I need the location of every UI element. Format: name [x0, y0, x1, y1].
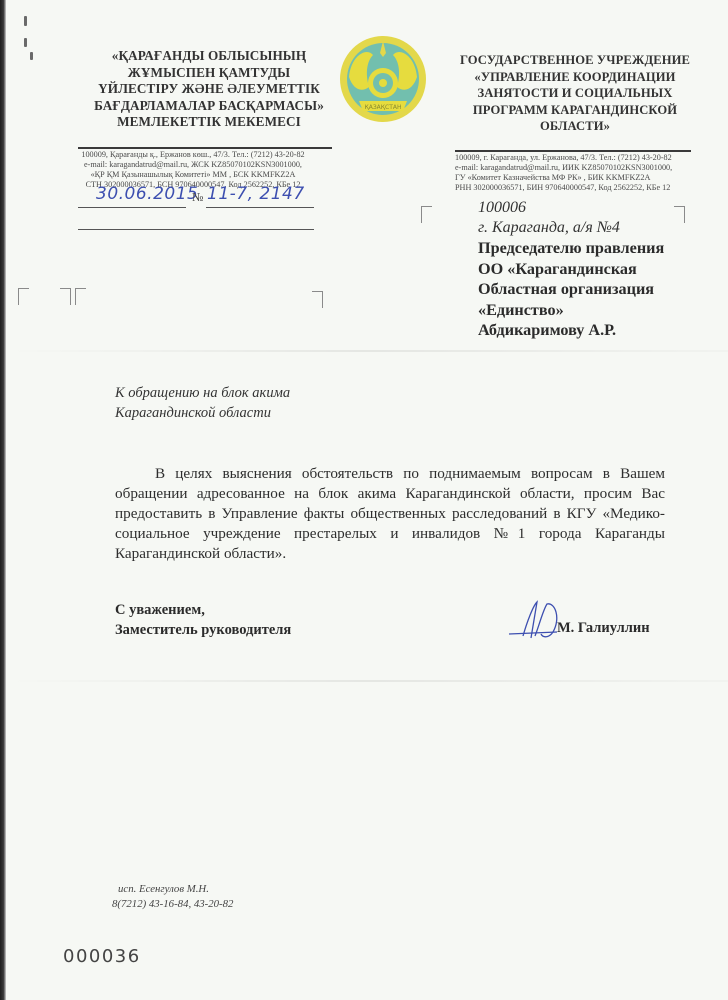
header-line: ЗАНЯТОСТИ И СОЦИАЛЬНЫХ: [455, 85, 695, 102]
header-line: ҮЙЛЕСТІРУ ЖӘНЕ ӘЛЕУМЕТТІК: [78, 81, 340, 98]
paper-fold-line: [6, 350, 728, 352]
paper-fold-line: [6, 680, 728, 682]
header-line: БАҒДАРЛАМАЛАР БАСҚАРМАСЫ»: [78, 98, 340, 115]
address-window-corner: [421, 206, 432, 223]
recipient-line: Областная организация: [478, 279, 718, 300]
binding-hole-mark: [30, 52, 33, 60]
binding-hole-mark: [24, 38, 27, 47]
header-line: ОБЛАСТИ»: [455, 118, 695, 135]
requisites-line: e-mail: karagandatrud@mail.ru, ИИК KZ850…: [455, 163, 681, 173]
requisites-line: ГУ «Комитет Казначейства МФ РК» , БИК KK…: [455, 173, 681, 183]
letterhead-russian-name: ГОСУДАРСТВЕННОЕ УЧРЕЖДЕНИЕ «УПРАВЛЕНИЕ К…: [455, 52, 695, 135]
letterhead-kazakh-name: «ҚАРАҒАНДЫ ОБЛЫСЫНЫҢ ЖҰМЫСПЕН ҚАМТУДЫ ҮЙ…: [78, 48, 340, 131]
number-underline: [206, 207, 314, 208]
recipient-postcode: 100006: [478, 198, 718, 218]
outgoing-date: 30.06.2015: [96, 184, 198, 204]
address-window-corner: [18, 288, 29, 305]
header-line: МЕМЛЕКЕТТІК МЕКЕМЕСІ: [78, 114, 340, 131]
requisites-line: 100009, г. Караганда, ул. Ержанова, 47/3…: [455, 153, 681, 163]
letter-body: В целях выяснения обстоятельств по подни…: [115, 464, 665, 564]
recipient-line: «Единство»: [478, 300, 718, 321]
reference-note: К обращению на блок акима Карагандинской…: [115, 383, 290, 423]
requisites-line: e-mail: karagandatrud@mail.ru, ЖСК KZ850…: [78, 160, 308, 170]
header-line: ГОСУДАРСТВЕННОЕ УЧРЕЖДЕНИЕ: [455, 52, 695, 69]
recipient-address: 100006 г. Караганда, а/я №4 Председателю…: [478, 198, 718, 341]
scan-left-edge: [0, 0, 6, 1000]
signatory-name: М. Галиуллин: [557, 620, 650, 637]
header-line: «УПРАВЛЕНИЕ КООРДИНАЦИИ: [455, 69, 695, 86]
recipient-line: ОО «Карагандинская: [478, 259, 718, 280]
header-line: ПРОГРАММ КАРАГАНДИНСКОЙ: [455, 102, 695, 119]
header-divider: [455, 150, 691, 152]
closing-block: С уважением, Заместитель руководителя: [115, 600, 291, 640]
executor-name: исп. Есенгулов М.Н.: [118, 882, 233, 897]
closing-regards: С уважением,: [115, 600, 291, 620]
number-label: №: [192, 190, 203, 205]
header-line: «ҚАРАҒАНДЫ ОБЛЫСЫНЫҢ: [78, 48, 340, 65]
recipient-line: Председателю правления: [478, 238, 718, 259]
outgoing-number: 11-7, 2147: [207, 184, 305, 204]
reference-line: Карагандинской области: [115, 403, 290, 423]
form-serial-number: 000036: [63, 946, 141, 967]
signatory-position: Заместитель руководителя: [115, 620, 291, 640]
reply-to-line: [78, 229, 314, 230]
requisites-russian: 100009, г. Караганда, ул. Ержанова, 47/3…: [455, 153, 681, 193]
requisites-line: 100009, Қарағанды қ., Ержанов көш., 47/3…: [78, 150, 308, 160]
header-divider: [78, 147, 332, 149]
requisites-line: РНН 302000036571, БИН 970640000547, Код …: [455, 183, 681, 193]
binding-hole-mark: [24, 16, 27, 26]
requisites-line: «ҚР ҚМ Қазынашылық Комитеті» ММ , БСК KK…: [78, 170, 308, 180]
address-window-corner: [60, 288, 71, 305]
executor-info: исп. Есенгулов М.Н. 8(7212) 43-16-84, 43…: [118, 882, 233, 912]
reference-line: К обращению на блок акима: [115, 383, 290, 403]
handwritten-signature-icon: [505, 598, 565, 642]
header-line: ЖҰМЫСПЕН ҚАМТУДЫ: [78, 65, 340, 82]
recipient-city: г. Караганда, а/я №4: [478, 218, 718, 238]
recipient-line: Абдикаримову А.Р.: [478, 320, 718, 341]
address-window-corner: [312, 291, 323, 308]
body-paragraph: В целях выяснения обстоятельств по подни…: [115, 464, 665, 564]
svg-text:ҚАЗАҚСТАН: ҚАЗАҚСТАН: [364, 104, 401, 111]
date-underline: [78, 207, 186, 208]
kazakhstan-emblem-icon: ҚАЗАҚСТАН: [337, 33, 429, 125]
executor-phone: 8(7212) 43-16-84, 43-20-82: [112, 897, 233, 912]
address-window-corner: [75, 288, 86, 305]
